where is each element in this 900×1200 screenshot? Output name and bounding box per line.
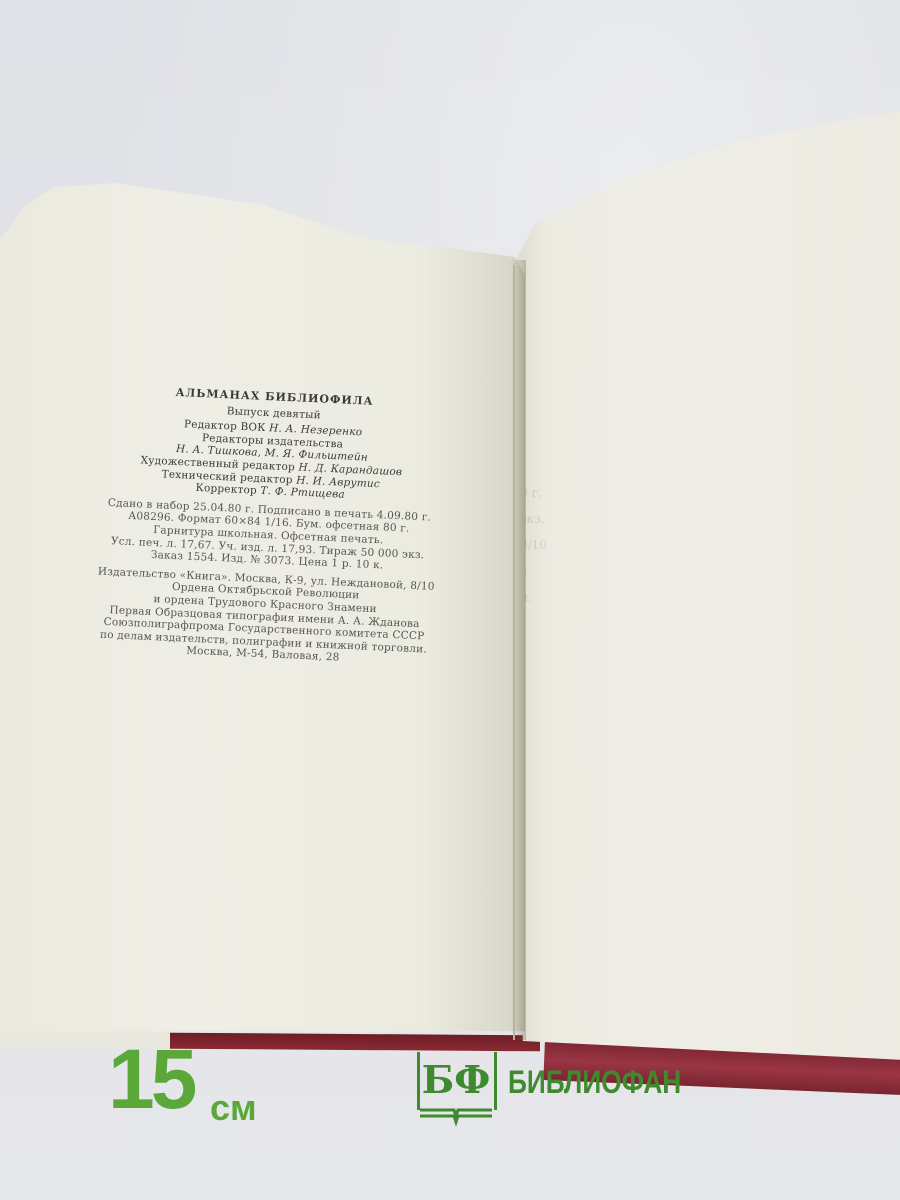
publisher-info: Издательство «Книга». Москва, К-9, ул. Н… bbox=[78, 565, 452, 670]
photo-scene: 0 г. экз. 8/10 я и. АЛЬМАНАХ БИБЛИОФИЛА … bbox=[0, 0, 900, 1200]
size-label-unit: см bbox=[210, 1090, 257, 1126]
imprint-block: АЛЬМАНАХ БИБЛИОФИЛА Выпуск девятый Редак… bbox=[78, 383, 460, 669]
book-cover-edge-left bbox=[170, 1033, 540, 1052]
show-through-text: 0 г. экз. 8/10 я и. bbox=[520, 480, 580, 610]
brand-name: БИБЛИОФАН bbox=[508, 1064, 681, 1100]
bibliofan-logo: БФ bbox=[417, 1052, 495, 1128]
size-label-number: 15 bbox=[108, 1037, 193, 1121]
book-gutter bbox=[513, 265, 515, 1040]
logo-letters: БФ bbox=[421, 1058, 491, 1102]
